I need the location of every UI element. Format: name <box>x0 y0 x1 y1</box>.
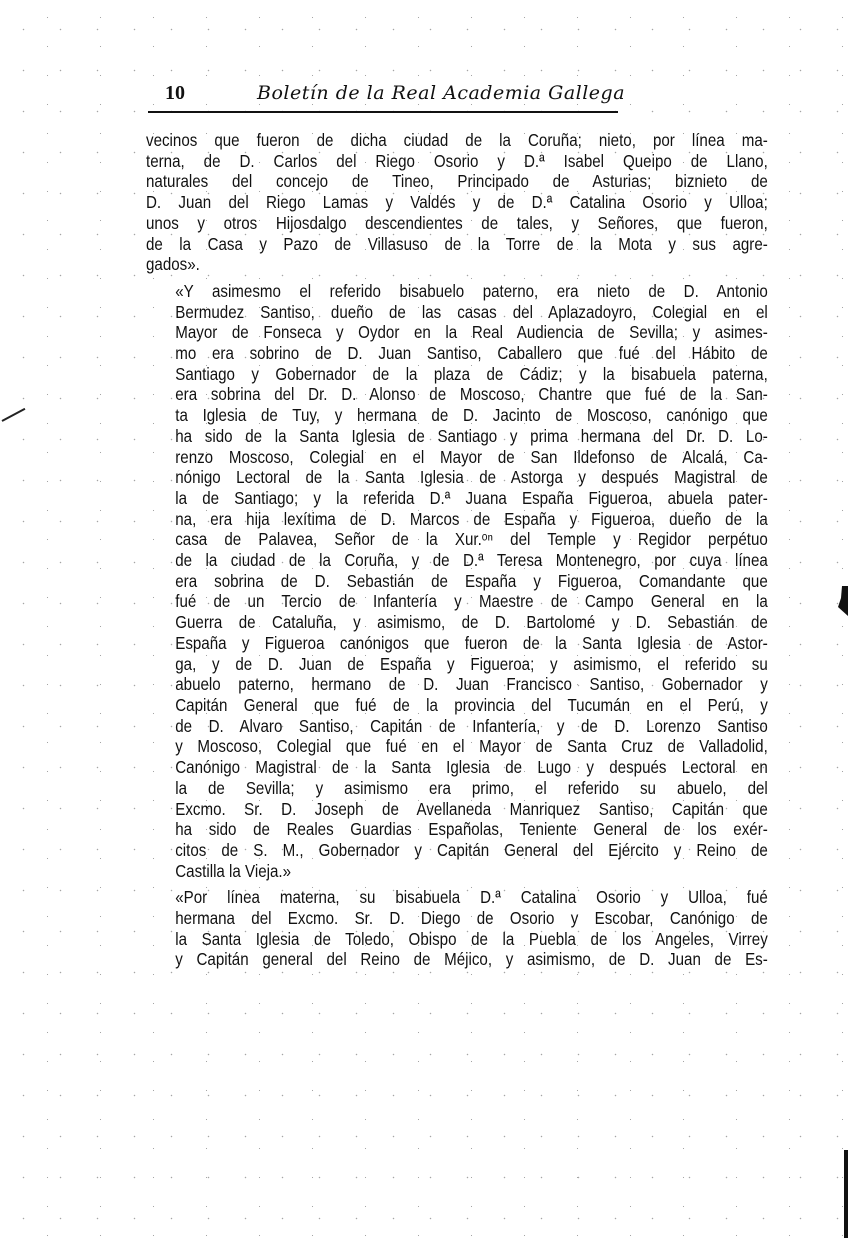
text-line: la de Sevilla; y asimismo era primo, el … <box>146 778 768 799</box>
text-line: la Santa Iglesia de Toledo, Obispo de la… <box>146 929 768 950</box>
text-line: Bermudez Santiso, dueño de las casas del… <box>146 302 768 323</box>
text-line: renzo Moscoso, Colegial en el Mayor de S… <box>146 447 768 468</box>
paragraph-2: «Y asimesmo el referido bisabuelo patern… <box>146 281 768 881</box>
scan-edge-mark <box>2 408 26 422</box>
text-line: Excmo. Sr. D. Joseph de Avellaneda Manri… <box>146 799 768 820</box>
text-line: «Y asimesmo el referido bisabuelo patern… <box>146 281 768 302</box>
text-line: terna, de D. Carlos del Riego Osorio y D… <box>146 151 768 172</box>
text-line: unos y otros Hijosdalgo descendientes de… <box>146 213 768 234</box>
text-line: gados». <box>146 254 768 275</box>
text-line: citos de S. M., Gobernador y Capitán Gen… <box>146 840 768 861</box>
text-line: era sobrina del Dr. D. Alonso de Moscoso… <box>146 384 768 405</box>
text-line: la de Santiago; y la referida D.ª Juana … <box>146 488 768 509</box>
text-line: Guerra de Cataluña, y asimismo, de D. Ba… <box>146 612 768 633</box>
text-line: Capitán General que fué de la provincia … <box>146 695 768 716</box>
paragraph-3: «Por línea materna, su bisabuela D.ª Cat… <box>146 887 768 970</box>
text-line: casa de Palavea, Señor de la Xur.ᵒⁿ del … <box>146 529 768 550</box>
text-line: Santiago y Gobernador de la plaza de Cád… <box>146 364 768 385</box>
text-line: nónigo Lectoral de la Santa Iglesia de A… <box>146 467 768 488</box>
text-line: ga, y de D. Juan de España y Figueroa; y… <box>146 654 768 675</box>
text-line: fué de un Tercio de Infantería y Maestre… <box>146 591 768 612</box>
body-text: vecinos que fueron de dicha ciudad de la… <box>146 130 768 970</box>
text-line: vecinos que fueron de dicha ciudad de la… <box>146 130 768 151</box>
text-line: «Por línea materna, su bisabuela D.ª Cat… <box>146 887 768 908</box>
header-rule <box>148 111 618 113</box>
page-header: 10 Boletín de la Real Academia Gallega <box>165 80 785 110</box>
text-line: Canónigo Magistral de la Santa Iglesia d… <box>146 757 768 778</box>
page-number: 10 <box>165 82 185 105</box>
text-line: y Moscoso, Colegial que fué en el Mayor … <box>146 736 768 757</box>
text-line: de la ciudad de la Coruña, y de D.ª Tere… <box>146 550 768 571</box>
text-line: Castilla la Vieja.» <box>146 861 768 882</box>
text-line: na, era hija lexítima de D. Marcos de Es… <box>146 509 768 530</box>
text-line: mo era sobrino de D. Juan Santiso, Cabal… <box>146 343 768 364</box>
text-line: ta Iglesia de Tuy, y hermana de D. Jacin… <box>146 405 768 426</box>
text-line: ha sido de Reales Guardias Españolas, Te… <box>146 819 768 840</box>
text-line: Mayor de Fonseca y Oydor en la Real Audi… <box>146 322 768 343</box>
scan-edge-mark <box>844 1150 848 1238</box>
text-line: hermana del Excmo. Sr. D. Diego de Osori… <box>146 908 768 929</box>
paragraph-1: vecinos que fueron de dicha ciudad de la… <box>146 130 768 275</box>
scan-edge-mark <box>838 586 848 616</box>
text-line: España y Figueroa canónigos que fueron d… <box>146 633 768 654</box>
text-line: era sobrina de D. Sebastián de España y … <box>146 571 768 592</box>
text-line: naturales del concejo de Tineo, Principa… <box>146 171 768 192</box>
text-line: de D. Alvaro Santiso, Capitán de Infante… <box>146 716 768 737</box>
text-line: de la Casa y Pazo de Villasuso de la Tor… <box>146 234 768 255</box>
text-line: abuelo paterno, hermano de D. Juan Franc… <box>146 674 768 695</box>
running-title: Boletín de la Real Academia Gallega <box>257 82 625 104</box>
text-line: y Capitán general del Reino de Méjico, y… <box>146 949 768 970</box>
text-line: ha sido de la Santa Iglesia de Santiago … <box>146 426 768 447</box>
text-line: D. Juan del Riego Lamas y Valdés y de D.… <box>146 192 768 213</box>
